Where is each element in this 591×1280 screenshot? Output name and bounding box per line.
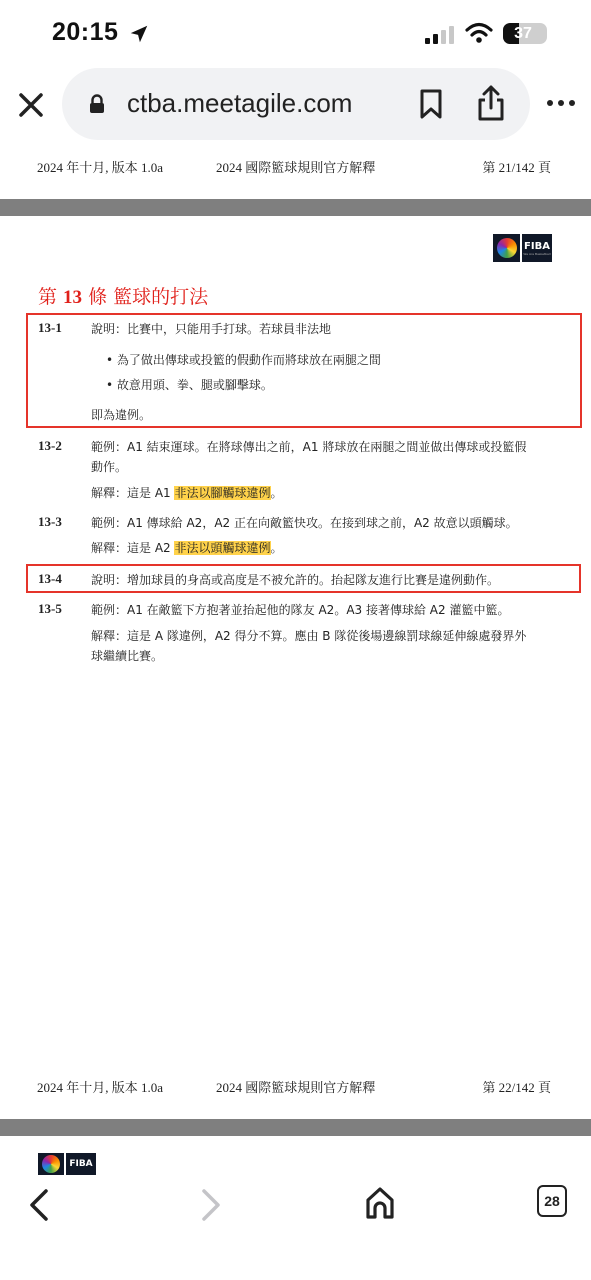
forward-icon[interactable] bbox=[196, 1187, 224, 1223]
item-text: 即為違例。 bbox=[91, 406, 151, 423]
page-separator bbox=[0, 199, 591, 216]
bullet-text: • 為了做出傳球或投籃的假動作而將球放在兩腿之間 bbox=[106, 351, 381, 368]
lock-icon bbox=[88, 94, 106, 114]
bookmark-icon[interactable] bbox=[417, 88, 445, 120]
fiba-text: FIBA bbox=[524, 241, 550, 252]
fiba-logo: FIBAWe Are Basketball bbox=[493, 234, 552, 262]
share-icon[interactable] bbox=[475, 84, 507, 122]
basketball-logo-icon bbox=[38, 1153, 64, 1175]
article-title: 第 13 條 籃球的打法 bbox=[38, 282, 208, 309]
tabs-button[interactable]: 28 bbox=[537, 1185, 567, 1217]
item-text: 範例：A1 結束運球。在將球傳出之前，A1 將球放在兩腿之間並做出傳球或投籃假 bbox=[91, 438, 526, 455]
item-number: 13-5 bbox=[38, 601, 62, 617]
url-text: ctba.meetagile.com bbox=[127, 88, 352, 119]
explanation-text: 球繼續比賽。 bbox=[91, 647, 163, 664]
item-number: 13-1 bbox=[38, 320, 62, 336]
signal-icon bbox=[425, 26, 457, 44]
basketball-logo-icon bbox=[493, 234, 520, 262]
status-time: 20:15 bbox=[52, 18, 118, 47]
item-text: 範例：A1 傳球給 A2，A2 正在向敵籃快攻。在接到球之前，A2 故意以頭觸球… bbox=[91, 514, 518, 531]
tab-count: 28 bbox=[544, 1193, 560, 1209]
page-header: 2024 年十月, 版本 1.0a 2024 國際籃球規則官方解釋 第 22/1… bbox=[0, 1077, 591, 1097]
page-separator bbox=[0, 1119, 591, 1136]
explanation-text: 解釋：這是 A1 非法以腳觸球違例。 bbox=[91, 484, 283, 501]
doc-title: 2024 國際籃球規則官方解釋 bbox=[216, 157, 375, 176]
doc-date-version: 2024 年十月, 版本 1.0a bbox=[37, 157, 163, 176]
explanation-text: 解釋：這是 A 隊違例，A2 得分不算。應由 B 隊從後場邊線罰球線延伸線處發界… bbox=[91, 627, 526, 644]
fiba-text: FIBA bbox=[69, 1159, 92, 1169]
bottom-toolbar: 28 bbox=[0, 1175, 591, 1280]
highlighted-text: 非法以腳觸球違例 bbox=[174, 486, 270, 500]
item-number: 13-2 bbox=[38, 438, 62, 454]
close-icon[interactable] bbox=[14, 88, 48, 122]
doc-date-version: 2024 年十月, 版本 1.0a bbox=[37, 1077, 163, 1096]
item-text: 說明：比賽中，只能用手打球。若球員非法地 bbox=[91, 320, 331, 337]
bullet-text: • 故意用頭、拳、腿或腳擊球。 bbox=[106, 376, 273, 393]
page-header: 2024 年十月, 版本 1.0a 2024 國際籃球規則官方解釋 第 21/1… bbox=[0, 157, 591, 177]
home-icon[interactable] bbox=[364, 1185, 396, 1221]
doc-title: 2024 國際籃球規則官方解釋 bbox=[216, 1077, 375, 1096]
explanation-text: 解釋：這是 A2 非法以頭觸球違例。 bbox=[91, 539, 283, 556]
status-bar: 20:15 37 bbox=[0, 0, 591, 66]
item-number: 13-3 bbox=[38, 514, 62, 530]
battery-level: 37 bbox=[503, 23, 543, 44]
page-number: 第 21/142 頁 bbox=[482, 157, 551, 176]
item-text: 範例：A1 在敵籃下方抱著並抬起他的隊友 A2。A3 接著傳球給 A2 灌籃中籃… bbox=[91, 601, 509, 618]
more-icon[interactable] bbox=[546, 96, 576, 110]
page-number: 第 22/142 頁 bbox=[482, 1077, 551, 1096]
item-text: 說明：增加球員的身高或高度是不被允許的。抬起隊友進行比賽是違例動作。 bbox=[91, 571, 499, 588]
location-arrow-icon bbox=[128, 23, 150, 45]
item-number: 13-4 bbox=[38, 571, 62, 587]
fiba-logo: FIBA bbox=[38, 1153, 96, 1175]
wifi-icon bbox=[465, 22, 493, 44]
browser-toolbar: ctba.meetagile.com bbox=[0, 66, 591, 146]
item-text: 動作。 bbox=[91, 458, 127, 475]
address-bar[interactable]: ctba.meetagile.com bbox=[62, 68, 530, 140]
back-icon[interactable] bbox=[26, 1187, 54, 1223]
highlighted-text: 非法以頭觸球違例 bbox=[174, 541, 270, 555]
battery-icon: 37 bbox=[503, 23, 547, 44]
